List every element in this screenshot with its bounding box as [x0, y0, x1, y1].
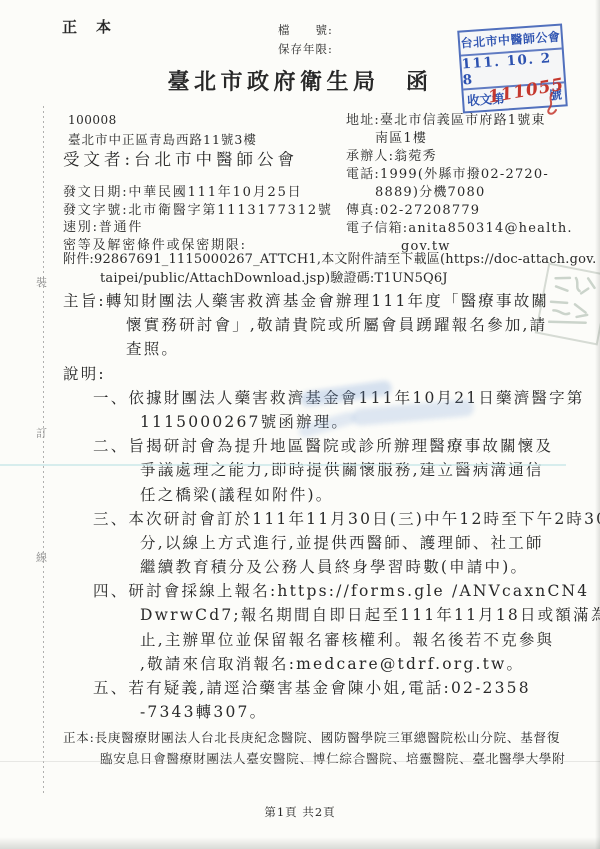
scan-hairline — [0, 761, 600, 762]
contact-info-line: 電子信箱:anita850314@health. — [346, 220, 573, 238]
scan-artifact-line — [0, 464, 566, 466]
attachment-line: 附件:92867691_1115000267_ATTCH1,本文附件請至下載區(… — [63, 251, 596, 270]
body-line: -7343轉307。 — [0, 700, 600, 724]
file-number-block: 檔 號: 保存年限: — [278, 21, 333, 59]
body-line: 止,主辦單位並保留報名審核權利。報名後若不克參與 — [0, 628, 600, 652]
body-line: 三、本次研討會訂於111年11月30日(三)中午12時至下午2時30 — [0, 507, 600, 531]
contact-info-block: 地址:臺北市信義區市府路1號東南區1樓承辦人:翁菀秀電話:1999(外縣市撥02… — [346, 112, 573, 256]
body-line: ,敬請來信取消報名:medcare@tdrf.org.tw。 — [0, 652, 600, 676]
body-line: 分,以線上方式進行,並提供西醫師、護理師、社工師 — [0, 531, 600, 555]
scan-edge-shadow-bottom — [0, 837, 600, 849]
contact-info-line: 地址:臺北市信義區市府路1號東 — [346, 112, 573, 130]
document-meta-line: 發文字號:北市衛醫字第1113177312號 — [63, 202, 333, 220]
contact-info-line: 電話:1999(外縣市撥02-2720- — [346, 166, 573, 184]
original-copy-recipients: 正本:長庚醫療財團法人台北長庚紀念醫院、國防醫學院三軍總醫院松山分院、基督復臨安… — [63, 727, 566, 769]
cc-line: 臨安息日會醫療財團法人臺安醫院、博仁綜合醫院、培靈醫院、臺北醫學大學附 — [63, 748, 566, 769]
body-line: DwrwCd7;報名期間自即日起至111年11月18日或額滿為 — [0, 603, 600, 627]
body-line: 繼續教育積分及公務人員終身學習時數(申請中)。 — [0, 555, 600, 579]
official-letter-page: 裝訂線 正 本 檔 號: 保存年限: 台北市中醫師公會 111. 10. 2 8… — [0, 0, 600, 849]
body-line: 主旨:轉知財團法人藥害救濟基金會辦理111年度「醫療事故關 — [0, 289, 600, 313]
document-title: 臺北市政府衛生局 函 — [0, 65, 600, 96]
contact-info-line: 8889)分機7080 — [346, 184, 573, 202]
binding-margin-character: 裝 — [36, 276, 47, 289]
document-meta-line: 發文日期:中華民國111年10月25日 — [63, 184, 333, 202]
attachment-block: 附件:92867691_1115000267_ATTCH1,本文附件請至下載區(… — [63, 251, 596, 288]
body-line: 四、研討會採線上報名:https://forms.gle /ANVcaxnCN4 — [0, 579, 600, 603]
body-line: 查照。 — [0, 337, 600, 361]
body-line: 二、旨揭研討會為提升地區醫院或診所辦理醫療事故關懷及 — [0, 434, 600, 458]
file-number-label: 檔 號: — [278, 21, 333, 40]
recipient-line: 受文者:台北市中醫師公會 — [63, 146, 298, 170]
body-line: 懷實務研討會」,敬請貴院或所屬會員踴躍報名參加,請 — [0, 313, 600, 337]
attachment-line: taipei/public/AttachDownload.jsp)驗證碼:T1U… — [63, 270, 596, 289]
recipient-zip-code: 100008 — [68, 113, 117, 127]
document-meta-line: 速別:普通件 — [63, 219, 333, 237]
scan-edge-shadow-right — [595, 0, 600, 849]
document-meta-block: 發文日期:中華民國111年10月25日發文字號:北市衛醫字第1113177312… — [63, 184, 333, 254]
contact-info-line: 南區1樓 — [346, 130, 573, 148]
copy-type-label: 正 本 — [62, 16, 113, 37]
body-line: 說明: — [0, 362, 600, 386]
contact-info-line: 承辦人:翁菀秀 — [346, 148, 573, 166]
retention-period-label: 保存年限: — [278, 40, 333, 59]
letter-body: 主旨:轉知財團法人藥害救濟基金會辦理111年度「醫療事故關懷實務研討會」,敬請貴… — [0, 289, 600, 724]
cc-line: 正本:長庚醫療財團法人台北長庚紀念醫院、國防醫學院三軍總醫院松山分院、基督復 — [63, 727, 566, 748]
body-line: 五、若有疑義,請逕洽藥害基金會陳小姐,電話:02-2358 — [0, 676, 600, 700]
body-line: 任之橋梁(議程如附件)。 — [0, 483, 600, 507]
contact-info-line: 傳真:02-27208779 — [346, 202, 573, 220]
body-line: 爭議處理之能力,即時提供關懷服務,建立醫病溝通信 — [0, 458, 600, 482]
page-number: 第1頁 共2頁 — [0, 804, 600, 820]
